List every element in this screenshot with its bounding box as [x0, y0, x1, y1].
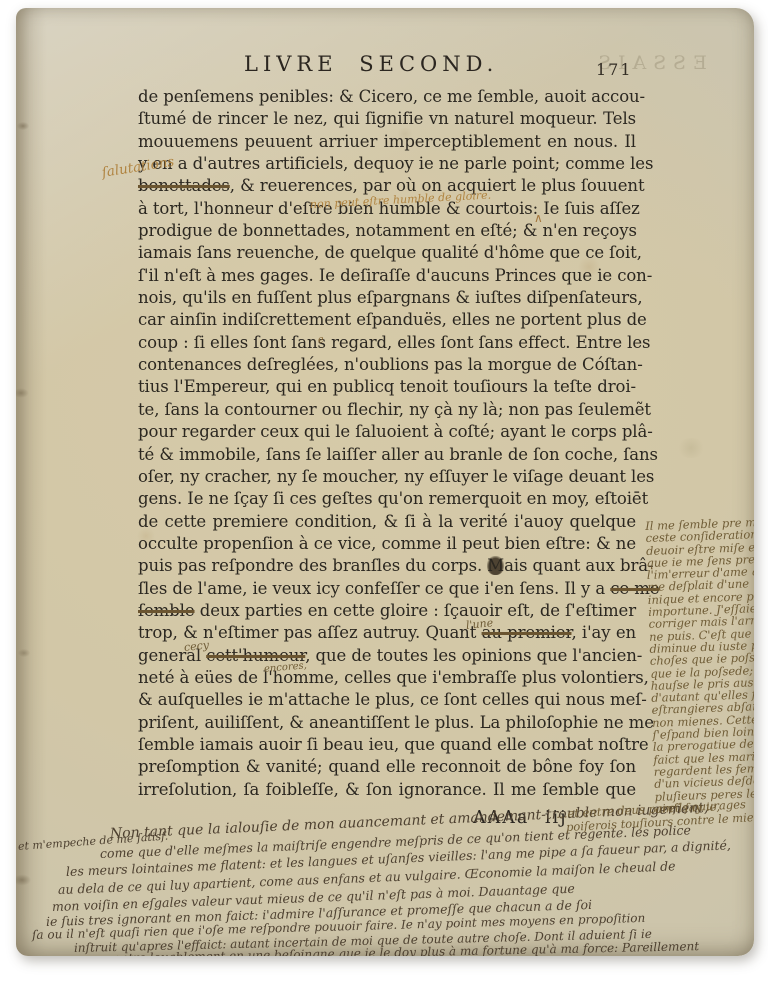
print-text: de cette premiere condition, & ſi à la v… [138, 512, 636, 531]
print-line: mouuemens peuuent arriuer imperceptiblem… [138, 131, 636, 153]
print-line: gens. Ie ne ſçay ſi ces geſtes qu'on rem… [138, 488, 636, 510]
print-line: ſ'il n'eſt à mes gages. Ie deſiraſſe d'a… [138, 265, 636, 287]
interlinear-note-cecy: cecy [183, 638, 209, 654]
print-text: mouuemens peuuent arriuer imperceptiblem… [138, 132, 636, 151]
torn-page-edge [16, 8, 46, 956]
print-line: coup : ſi elles ſont ſans regard, elles … [138, 332, 636, 354]
print-line: prodigue de bonnettades, notamment en eſ… [138, 220, 636, 242]
print-line: oſer, ny cracher, ny ſe moucher, ny eſſu… [138, 466, 636, 488]
print-text: irreſolution, ſa foibleſſe, & ſon ignora… [138, 780, 636, 799]
print-line: ſtumé de rincer le nez, qui ſignifie vn … [138, 108, 636, 130]
print-text: & auſquelles ie m'attache le plus, ce ſo… [138, 690, 647, 709]
running-title: LIVRE SECOND. [244, 52, 454, 76]
print-text: y en a d'autres artificiels, dequoy ie n… [138, 154, 653, 173]
struck-word: bonettades [138, 176, 230, 195]
print-text: , i'ay en [571, 623, 636, 642]
print-text: ſtumé de rincer le nez, qui ſignifie vn … [138, 109, 636, 128]
print-text: te, ſans la contourner ou flechir, ny çà… [138, 400, 651, 419]
book-page: ESSAIS LIVRE SECOND. 171 de penſemens pe… [16, 8, 754, 956]
print-text: pour regarder ceux qui le ſaluoient à co… [138, 422, 653, 441]
print-text: té & immobile, ſans ſe laiſſer aller au … [138, 445, 658, 464]
print-text: coup : ſi elles ſont ſans regard, elles … [138, 333, 650, 352]
print-text: priſent, auiliſſent, & aneantiſſent le p… [138, 713, 654, 732]
page-number: 171 [596, 60, 633, 79]
struck-word: au premier [482, 623, 572, 642]
print-text: ſ'il n'eſt à mes gages. Ie deſiraſſe d'a… [138, 266, 652, 285]
print-line: tius l'Empereur, qui en publicq tenoit t… [138, 376, 636, 398]
print-line: preſomption & vanité; quand elle reconno… [138, 756, 636, 778]
right-margin-annotations: Il me ſemble pre miereceste conſideratio… [645, 515, 754, 815]
print-line: contenances deſreglées, n'oublions pas l… [138, 354, 636, 376]
print-line: occulte propenſion à ce vice, comme il p… [138, 533, 636, 555]
print-line: ſemble iamais auoir ſi beau ieu, que qua… [138, 734, 636, 756]
struck-word: ſemble [138, 601, 195, 620]
print-line: puis pas reſpondre des branſles du corps… [138, 555, 636, 577]
print-line: irreſolution, ſa foibleſſe, & ſon ignora… [138, 779, 636, 801]
print-line: ſles de l'ame, ie veux icy confeſſer ce … [138, 578, 636, 600]
scan-backdrop: { "colors": { "paper": "#d2c7a7", "print… [0, 0, 768, 982]
print-line: de penſemens penibles: & Cicero, ce me ſ… [138, 86, 636, 108]
print-text: , que de toutes les opinions que l'ancie… [305, 646, 642, 665]
print-line: trop, & n'eſtimer pas aſſez autruy. Quan… [138, 622, 636, 644]
print-text: de penſemens penibles: & Cicero, ce me ſ… [138, 87, 645, 106]
print-line: y en a d'autres artificiels, dequoy ie n… [138, 153, 636, 175]
print-line: pour regarder ceux qui le ſaluoient à co… [138, 421, 636, 443]
print-line: priſent, auiliſſent, & aneantiſſent le p… [138, 712, 636, 734]
print-text: car ainſin indiſcrettement eſpanduës, el… [138, 310, 647, 329]
print-text: ſles de l'ame, ie veux icy confeſſer ce … [138, 579, 610, 598]
print-text: ſemble iamais auoir ſi beau ieu, que qua… [138, 735, 649, 754]
print-text: tius l'Empereur, qui en publicq tenoit t… [138, 377, 636, 396]
foxing-spot [676, 438, 706, 458]
print-text: iamais ſans reuenche, de quelque qualité… [138, 243, 642, 262]
print-line: ſemble deux parties en cette gloire : ſç… [138, 600, 636, 622]
print-text: neté à eües de l'homme, celles que i'emb… [138, 668, 649, 687]
print-text: ais quant aux brâ- [504, 556, 653, 575]
print-line: general cett'humeur, que de toutes les o… [138, 645, 636, 667]
print-text: contenances deſreglées, n'oublions pas l… [138, 355, 643, 374]
print-line: nois, qu'ils en fuſſent plus eſpargnans … [138, 287, 636, 309]
print-text: gens. Ie ne ſçay ſi ces geſtes qu'on rem… [138, 489, 648, 508]
print-text: nois, qu'ils en fuſſent plus eſpargnans … [138, 288, 643, 307]
insertion-caret: ∧ [534, 211, 543, 225]
ink-blot-letter: M [487, 556, 504, 575]
print-line: & auſquelles ie m'attache le plus, ce ſo… [138, 689, 636, 711]
print-text: occulte propenſion à ce vice, comme il p… [138, 534, 636, 553]
print-line: iamais ſans reuenche, de quelque qualité… [138, 242, 636, 264]
print-text: prodigue de bonnettades, notamment en eſ… [138, 221, 637, 240]
print-line: car ainſin indiſcrettement eſpanduës, el… [138, 309, 636, 331]
print-text: preſomption & vanité; quand elle reconno… [138, 757, 636, 776]
print-line: té & immobile, ſans ſe laiſſer aller au … [138, 444, 636, 466]
print-line: neté à eües de l'homme, celles que i'emb… [138, 667, 636, 689]
print-text: deux parties en cette gloire : ſçauoir e… [195, 601, 636, 620]
print-line: te, ſans la contourner ou flechir, ny çà… [138, 399, 636, 421]
print-text: puis pas reſpondre des branſles du corps… [138, 556, 487, 575]
print-line: de cette premiere condition, & ſi à la v… [138, 511, 636, 533]
print-text: oſer, ny cracher, ny ſe moucher, ny eſſu… [138, 467, 654, 486]
